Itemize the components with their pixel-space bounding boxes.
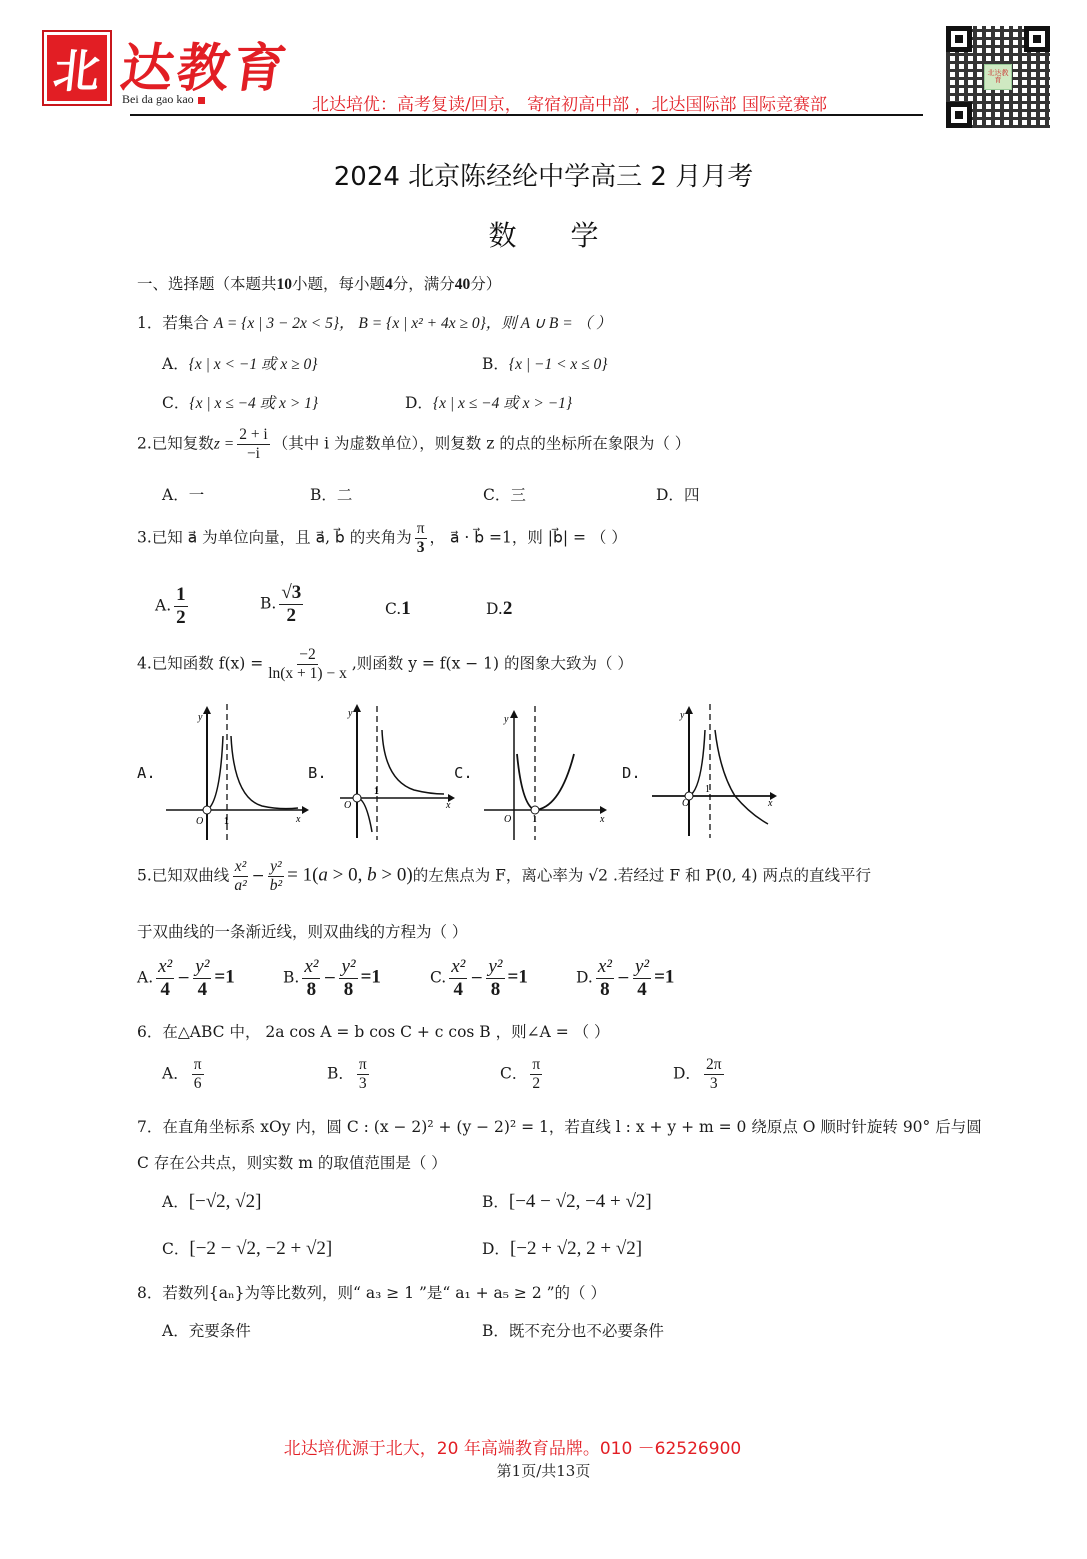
fraction-numerator: −2 (297, 646, 318, 665)
qr-center-logo: 北达教育 (984, 64, 1012, 90)
question-3-stem: 3.已知 a⃗ 为单位向量，且 a⃗, b⃗ 的夹角为π3， a⃗ · b⃗ =… (137, 520, 627, 557)
question-1-option-c[interactable]: C．{x | x ≤ −4 或 x > 1} (162, 391, 318, 413)
question-2-option-a[interactable]: A．一 (162, 483, 204, 505)
question-stem-suffix: ， a⃗ · b⃗ =1，则 |b⃗| = （ ） (430, 528, 627, 546)
fraction: 2π3 (704, 1056, 724, 1093)
question-number: 6． (137, 1023, 162, 1041)
question-stem-suffix: （其中 i 为虚数单位），则复数 z 的点的坐标所在象限为（ ） (273, 434, 691, 452)
section-heading-prefix: 一、选择题（本题共 (137, 275, 277, 293)
fraction: π2 (530, 1056, 542, 1093)
question-7-option-d[interactable]: D．[−2 + √2, 2 + √2] (482, 1237, 642, 1260)
question-number: 8． (137, 1284, 162, 1302)
question-stem: 在△ABC 中， 2a cos A = b cos C + c cos B ，则… (162, 1023, 609, 1041)
fraction: y²4 (633, 956, 651, 1001)
section-heading: 一、选择题（本题共10小题，每小题4分，满分40分） (137, 272, 501, 294)
fraction-numerator: √3 (279, 582, 303, 605)
fraction: π6 (192, 1056, 204, 1093)
question-stem-math: A = {x | 3 − 2x < 5}， B = {x | x² + 4x ≥… (214, 315, 612, 332)
section-count: 10 (277, 276, 293, 293)
fraction: x²8 (596, 956, 614, 1001)
question-variable: z = (214, 435, 234, 452)
question-2-option-b[interactable]: B．二 (310, 483, 352, 505)
question-5-stem: 5.已知双曲线x²a²−y²b²= 1(a > 0, b > 0)的左焦点为 F… (137, 858, 871, 895)
option-label: B． (482, 355, 509, 373)
option-label: D． (656, 486, 684, 504)
question-3-option-c[interactable]: C.1 (385, 598, 411, 620)
fraction-denominator: ln(x + 1) − x (266, 665, 349, 683)
section-points: 4 (385, 276, 393, 293)
fraction: y²4 (193, 956, 211, 1001)
section-total: 40 (455, 276, 471, 293)
option-text: 一 (189, 486, 205, 504)
fraction-denominator: 2 (530, 1075, 542, 1093)
fraction-numerator: 2 + i (237, 426, 270, 445)
option-label: B． (327, 1064, 354, 1082)
fraction-denominator: 8 (489, 979, 503, 1001)
fraction-denominator: 4 (635, 979, 649, 1001)
fraction: π3 (415, 520, 427, 557)
fraction: x²4 (449, 956, 467, 1001)
question-stem: 若数列{aₙ}为等比数列，则“ a₃ ≥ 1 ”是“ a₁ + a₅ ≥ 2 ”… (162, 1284, 606, 1302)
question-7-stem: 7．在直角坐标系 xOy 内，圆 C : (x − 2)² + (y − 2)²… (137, 1115, 982, 1137)
question-6-option-b[interactable]: B．π3 (327, 1056, 372, 1093)
option-text: [−4 − √2, −4 + √2] (509, 1191, 652, 1212)
svg-text:x: x (445, 800, 451, 811)
brand-name: 达教育 (117, 26, 296, 101)
question-stem-suffix: ,则函数 y = f(x − 1) 的图象大致为（ ） (352, 654, 633, 672)
option-label: D． (405, 394, 433, 412)
fraction-denominator: 4 (196, 979, 210, 1001)
question-4-option-b-label[interactable]: B. (308, 764, 327, 782)
svg-text:x: x (295, 814, 301, 825)
option-label: C. (385, 600, 401, 618)
svg-text:1: 1 (224, 816, 229, 827)
question-6-option-c[interactable]: C．π2 (500, 1056, 545, 1093)
fraction-denominator: 8 (305, 979, 319, 1001)
option-text: {x | x < −1 或 x ≥ 0} (189, 356, 318, 373)
fraction-numerator: 2π (704, 1056, 724, 1075)
svg-text:1: 1 (374, 786, 379, 797)
question-number: 2. (137, 434, 152, 452)
svg-text:x: x (599, 814, 605, 825)
option-text: [−2 + √2, 2 + √2] (510, 1238, 642, 1259)
question-2-option-c[interactable]: C．三 (483, 483, 526, 505)
fraction: √32 (279, 582, 303, 627)
svg-text:1: 1 (705, 784, 710, 795)
question-stem-line1: 在直角坐标系 xOy 内，圆 C : (x − 2)² + (y − 2)² =… (162, 1118, 981, 1136)
fraction-denominator: 4 (452, 979, 466, 1001)
option-text: {x | x ≤ −4 或 x > 1} (189, 395, 318, 412)
question-1-option-d[interactable]: D．{x | x ≤ −4 或 x > −1} (405, 391, 572, 413)
question-1-stem: 1．若集合 A = {x | 3 − 2x < 5}， B = {x | x² … (137, 311, 612, 333)
option-text: 2 (503, 598, 513, 619)
option-label: A． (162, 1064, 189, 1082)
option-label: B. (260, 594, 276, 612)
svg-text:1: 1 (532, 814, 537, 825)
subject-title: 数学 (0, 214, 1087, 254)
brand-pinyin-text: Bei da gao kao (122, 92, 194, 106)
qr-finder-top-right (1024, 26, 1050, 52)
question-7-stem-line2: C 存在公共点，则实数 m 的取值范围是（ ） (137, 1151, 447, 1173)
question-4-option-a-label[interactable]: A. (137, 764, 156, 782)
qr-finder-bottom-left (946, 102, 972, 128)
option-label: B． (482, 1322, 509, 1340)
header-slogan: 北达培优：高考复读/回京， 寄宿初高中部 ，北达国际部 国际竞赛部 (312, 90, 827, 115)
fraction: x²a² (232, 858, 248, 895)
option-text: 1 (401, 598, 411, 619)
fraction-denominator: 4 (158, 979, 172, 1001)
question-4-stem: 4.已知函数 f(x) =−2ln(x + 1) − x,则函数 y = f(x… (137, 646, 633, 683)
footer-advertisement: 北达培优源于北大，20 年高端教育品牌。010 －62526900 (0, 1434, 1087, 1459)
question-5-option-a[interactable]: A.x²4−y²4=1 (137, 956, 235, 1001)
page-indicator: 第1页/共13页 (0, 1460, 1087, 1481)
question-number: 1． (137, 314, 162, 332)
fraction-numerator: π (357, 1056, 369, 1075)
fraction: x²4 (156, 956, 174, 1001)
option-text: 充要条件 (189, 1322, 251, 1340)
question-number: 3. (137, 528, 152, 546)
graph-option-d[interactable]: O 1 y x (650, 702, 782, 844)
option-label: B． (310, 486, 337, 504)
option-label: D． (673, 1064, 701, 1082)
brand-pinyin: Bei da gao kao (122, 92, 205, 107)
option-label: D. (486, 600, 503, 618)
option-label: A． (162, 1193, 189, 1211)
fraction-denominator: 6 (192, 1075, 204, 1093)
question-8-option-b[interactable]: B．既不充分也不必要条件 (482, 1319, 664, 1341)
option-label: C． (162, 394, 189, 412)
option-label: C． (162, 1240, 189, 1258)
logo-character: 北 (51, 35, 104, 101)
question-3-option-d[interactable]: D.2 (486, 598, 512, 620)
option-label: A. (155, 596, 171, 614)
fraction-numerator: 1 (174, 584, 188, 607)
question-5-option-b[interactable]: B.x²8−y²8=1 (283, 956, 381, 1001)
option-label: D． (482, 1240, 510, 1258)
question-5-stem-line2: 于双曲线的一条渐近线，则双曲线的方程为（ ） (137, 920, 467, 942)
option-text: [−√2, √2] (189, 1191, 262, 1212)
option-label: D. (576, 968, 593, 986)
option-label: A． (162, 1322, 189, 1340)
option-label: C. (430, 968, 446, 986)
option-text: 既不充分也不必要条件 (509, 1322, 664, 1340)
option-text: 三 (510, 486, 526, 504)
option-text: 四 (684, 486, 700, 504)
svg-text:O: O (682, 798, 689, 809)
section-heading-mid1: 小题，每小题 (292, 275, 385, 293)
question-8-stem: 8．若数列{aₙ}为等比数列，则“ a₃ ≥ 1 ”是“ a₁ + a₅ ≥ 2… (137, 1281, 606, 1303)
svg-text:y: y (197, 712, 203, 723)
svg-text:x: x (767, 798, 773, 809)
option-label: A． (162, 486, 189, 504)
question-2-option-d[interactable]: D．四 (656, 483, 699, 505)
brand-logo: 北 (42, 30, 112, 106)
exam-title: 2024 北京陈经纶中学高三 2 月月考 (0, 156, 1087, 193)
red-square-icon (198, 97, 205, 104)
header-divider (130, 114, 923, 116)
question-3-option-b[interactable]: B.√32 (260, 582, 306, 627)
origin-label: O (196, 816, 203, 827)
fraction: 2 + i−i (237, 426, 270, 463)
question-6-stem: 6．在△ABC 中， 2a cos A = b cos C + c cos B … (137, 1020, 610, 1042)
question-3-option-a[interactable]: A.12 (155, 584, 191, 629)
option-text: {x | −1 < x ≤ 0} (509, 356, 608, 373)
question-6-option-a[interactable]: A．π6 (162, 1056, 207, 1093)
question-8-option-a[interactable]: A．充要条件 (162, 1319, 251, 1341)
fraction-denominator: 3 (708, 1075, 720, 1093)
fraction-denominator: 8 (598, 979, 612, 1001)
question-stem-prefix: 已知复数 (152, 434, 214, 452)
question-2-stem: 2.已知复数z =2 + i−i（其中 i 为虚数单位），则复数 z 的点的坐标… (137, 426, 690, 463)
svg-text:O: O (344, 800, 351, 811)
fraction: π3 (357, 1056, 369, 1093)
fraction: 12 (174, 584, 188, 629)
fraction-denominator: −i (245, 445, 262, 463)
fraction-numerator: π (192, 1056, 204, 1075)
question-7-option-b[interactable]: B．[−4 − √2, −4 + √2] (482, 1190, 652, 1213)
question-stem-mid: 的左焦点为 F，离心率为 √2 .若经过 F 和 P(0, 4) 两点的直线平行 (413, 866, 871, 884)
option-label: C． (483, 486, 510, 504)
fraction: y²b² (268, 858, 284, 895)
option-text: 二 (337, 486, 353, 504)
option-text: {x | x ≤ −4 或 x > −1} (433, 395, 572, 412)
question-stem-prefix: 已知双曲线 (152, 866, 230, 884)
footer-ad-text: 北达培优源于北大，20 年高端教育品牌。010 －62526900 (284, 1434, 741, 1459)
fraction-denominator: 2 (174, 607, 188, 629)
option-label: A． (162, 355, 189, 373)
graph-option-a[interactable]: O 1 y x (162, 702, 312, 844)
question-stem-prefix: 若集合 (162, 314, 209, 332)
question-5-option-d[interactable]: D.x²8−y²4=1 (576, 956, 674, 1001)
question-7-option-c[interactable]: C．[−2 − √2, −2 + √2] (162, 1237, 332, 1260)
section-heading-mid2: 分，满分 (393, 275, 455, 293)
question-5-option-c[interactable]: C.x²4−y²8=1 (430, 956, 528, 1001)
fraction-denominator: 3 (415, 539, 427, 557)
question-stem-prefix: 已知函数 f(x) = (152, 654, 263, 672)
option-text: [−2 − √2, −2 + √2] (189, 1238, 332, 1259)
option-label: B. (283, 968, 299, 986)
fraction-numerator: π (415, 520, 427, 539)
fraction: y²8 (486, 956, 504, 1001)
fraction-denominator: 8 (342, 979, 356, 1001)
option-label: B． (482, 1193, 509, 1211)
fraction-numerator: π (530, 1056, 542, 1075)
question-1-option-b[interactable]: B．{x | −1 < x ≤ 0} (482, 352, 607, 374)
graph-option-b[interactable]: O 1 y x (336, 702, 458, 844)
svg-text:y: y (679, 710, 685, 721)
qr-finder-top-left (946, 26, 972, 52)
question-number: 7． (137, 1118, 162, 1136)
svg-text:O: O (504, 814, 511, 825)
question-4-option-c-label[interactable]: C. (454, 764, 473, 782)
question-1-option-a[interactable]: A．{x | x < −1 或 x ≥ 0} (162, 352, 317, 374)
option-label: C． (500, 1064, 527, 1082)
section-heading-suffix: 分） (470, 275, 501, 293)
svg-text:y: y (347, 708, 353, 719)
question-number: 5. (137, 866, 152, 884)
fraction: x²8 (302, 956, 320, 1001)
question-stem-prefix: 已知 a⃗ 为单位向量，且 a⃗, b⃗ 的夹角为 (152, 528, 412, 546)
question-number: 4. (137, 654, 152, 672)
question-7-option-a[interactable]: A．[−√2, √2] (162, 1190, 261, 1213)
fraction-denominator: 3 (357, 1075, 369, 1093)
fraction-denominator: 2 (285, 605, 299, 627)
option-label: A. (137, 968, 153, 986)
graph-option-c[interactable]: O 1 y x (482, 702, 612, 844)
svg-text:y: y (503, 714, 509, 725)
fraction: −2ln(x + 1) − x (266, 646, 349, 683)
question-4-option-d-label[interactable]: D. (622, 764, 641, 782)
question-6-option-d[interactable]: D．2π3 (673, 1056, 727, 1093)
fraction: y²8 (339, 956, 357, 1001)
